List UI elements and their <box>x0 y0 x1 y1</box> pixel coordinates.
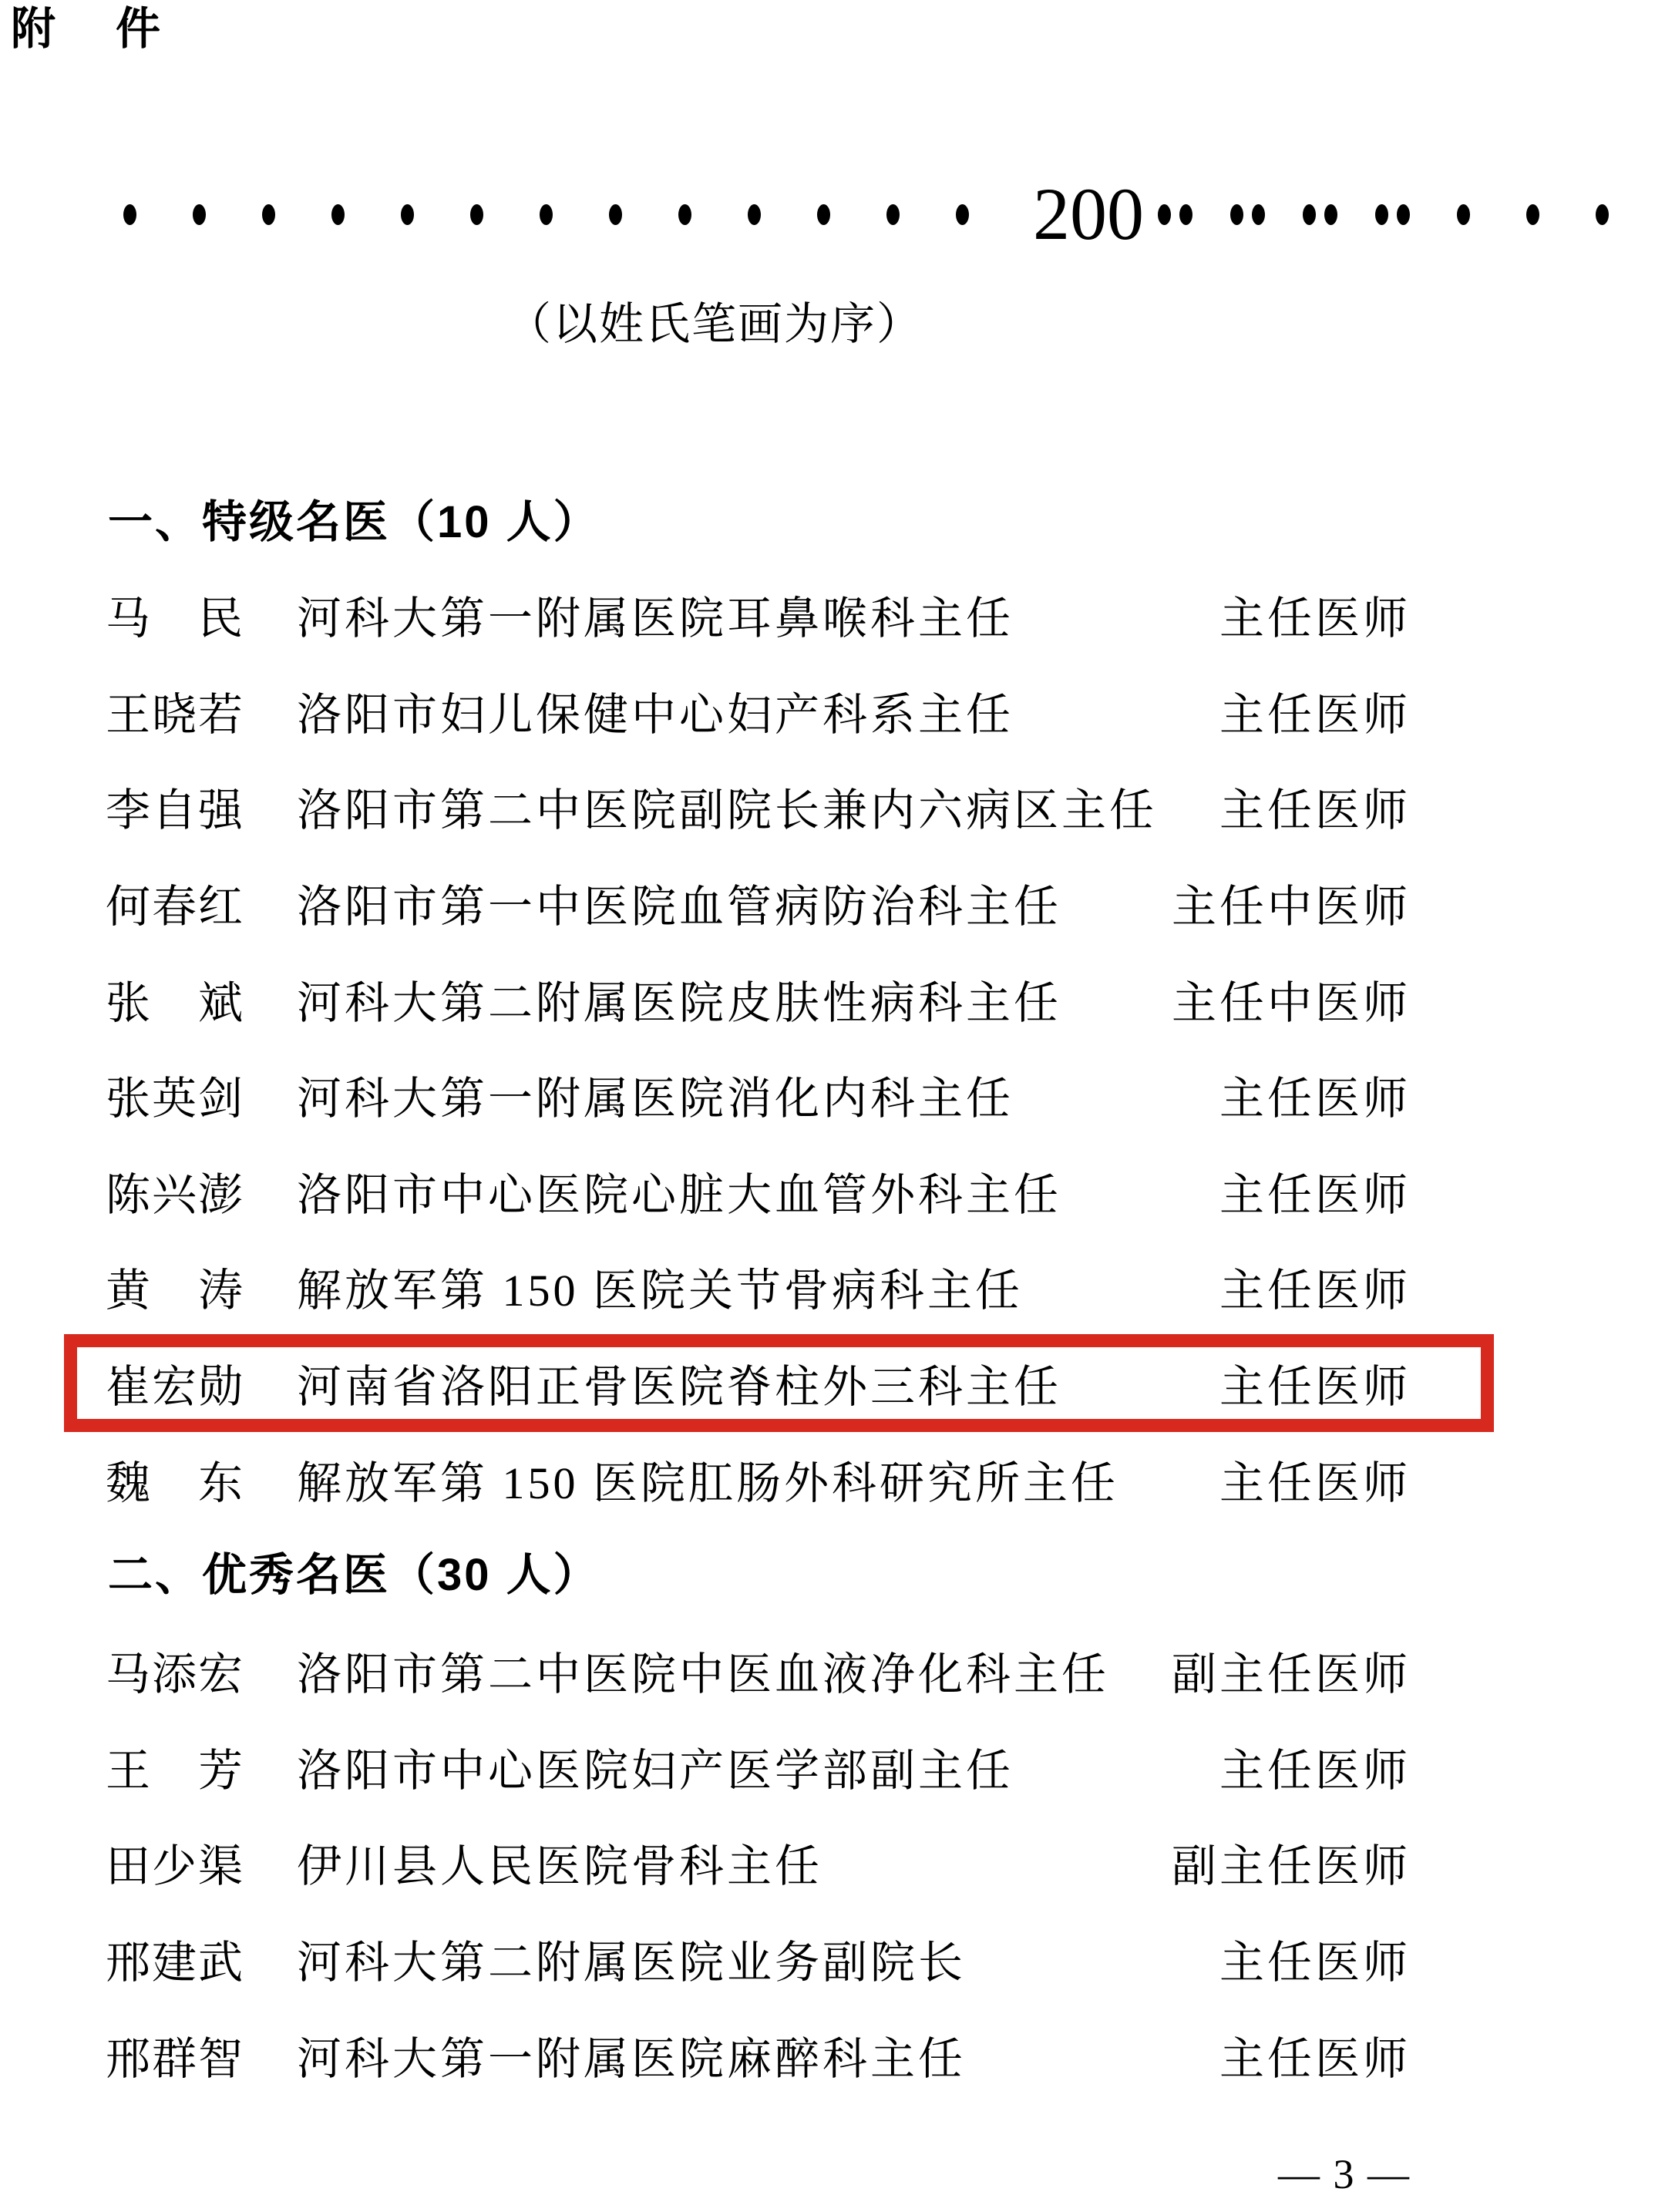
dot <box>886 204 900 225</box>
dot <box>1230 204 1243 225</box>
doctor-professional-title: 主任医师 <box>1219 2022 1411 2087</box>
dot <box>748 204 761 225</box>
doctor-name-char: 智 <box>198 2022 243 2087</box>
doctor-name-char: 张 <box>106 1062 150 1127</box>
section-1-heading: 一、特级名医（10 人） <box>108 499 600 546</box>
doctor-name-char: 黄 <box>106 1254 150 1319</box>
doctor-name-char: 建 <box>152 1926 197 1991</box>
doctor-row: 邢群智河科大第一附属医院麻醉科主任主任医师 <box>0 2006 1655 2103</box>
doctor-row: 马民河科大第一附属医院耳鼻喉科主任主任医师 <box>0 566 1655 663</box>
doctor-row: 王晓若洛阳市妇儿保健中心妇产科系主任主任医师 <box>0 663 1655 759</box>
doctor-name-char: 崔 <box>106 1350 150 1415</box>
dot <box>817 204 830 225</box>
subtitle-sort-order: （以姓氏笔画为序） <box>506 301 923 348</box>
doctor-name-char: 李 <box>106 774 150 839</box>
dot <box>1375 204 1388 225</box>
doctor-row: 魏东解放军第 150 医院肛肠外科研究所主任主任医师 <box>0 1430 1655 1527</box>
attachment-label: 附件 <box>11 5 160 54</box>
doctor-row: 邢建武河科大第二附属医院业务副院长主任医师 <box>0 1911 1655 2007</box>
doctor-professional-title: 主任医师 <box>1219 1158 1411 1223</box>
doctor-name-char: 春 <box>152 870 197 935</box>
doctor-name-char: 兴 <box>152 1158 197 1223</box>
doctor-professional-title: 主任医师 <box>1219 1926 1411 1991</box>
document-page: 附件 200 （以姓氏笔画为序） 一、特级名医（10 人） 马民河科大第一附属医… <box>0 0 1655 2212</box>
doctor-name-char: 若 <box>198 678 243 743</box>
dot <box>678 204 691 225</box>
doctor-name-char: 群 <box>152 2022 197 2087</box>
title-year-fragment: 200 <box>1033 191 1144 237</box>
doctor-name-char: 自 <box>152 774 197 839</box>
doctor-name: 马民 <box>106 582 243 647</box>
page-number: — 3 — <box>1278 2152 1411 2197</box>
doctor-name: 张斌 <box>106 966 243 1031</box>
doctor-position: 洛阳市第二中医院副院长兼内六病区主任 <box>297 774 1157 839</box>
doctor-name-char: 宏 <box>198 1638 243 1703</box>
doctor-name-char: 何 <box>106 870 150 935</box>
doctor-position: 洛阳市中心医院心脏大血管外科主任 <box>297 1158 1061 1223</box>
dot <box>1457 204 1470 225</box>
doctor-name: 邢群智 <box>106 2022 243 2087</box>
dot <box>1596 204 1609 225</box>
doctor-name-char: 渠 <box>198 1830 243 1894</box>
dot <box>470 204 483 225</box>
doctor-name-char: 马 <box>106 1638 150 1703</box>
redacted-title-row: 200 <box>123 191 1609 237</box>
dot <box>540 204 553 225</box>
dot <box>1303 204 1316 225</box>
doctor-position: 河南省洛阳正骨医院脊柱外三科主任 <box>297 1350 1061 1415</box>
doctor-professional-title: 主任医师 <box>1219 1734 1411 1799</box>
doctor-professional-title: 副主任医师 <box>1172 1638 1411 1703</box>
doctor-name: 陈兴澎 <box>106 1158 243 1223</box>
dot <box>193 204 206 225</box>
doctor-position: 解放军第 150 医院关节骨病科主任 <box>297 1254 1023 1319</box>
dot-pair <box>1158 204 1192 225</box>
doctor-professional-title: 主任中医师 <box>1172 966 1411 1031</box>
doctor-name-char: 强 <box>198 774 243 839</box>
doctor-professional-title: 主任医师 <box>1219 582 1411 647</box>
doctor-name-char: 涛 <box>198 1254 243 1319</box>
dot <box>123 204 136 225</box>
doctor-name: 何春红 <box>106 870 243 935</box>
doctor-position: 河科大第一附属医院麻醉科主任 <box>297 2022 966 2087</box>
doctor-row: 陈兴澎洛阳市中心医院心脏大血管外科主任主任医师 <box>0 1143 1655 1239</box>
doctor-professional-title: 主任医师 <box>1219 1062 1411 1127</box>
dot <box>956 204 969 225</box>
doctor-name-char: 红 <box>198 870 243 935</box>
dot <box>401 204 414 225</box>
dot <box>609 204 622 225</box>
dot-pair <box>1303 204 1337 225</box>
label-char: 件 <box>116 5 160 54</box>
dot <box>1324 204 1337 225</box>
doctor-name-char: 添 <box>152 1638 197 1703</box>
doctor-professional-title: 主任中医师 <box>1172 870 1411 935</box>
dot <box>1526 204 1539 225</box>
doctor-name-char: 英 <box>152 1062 197 1127</box>
doctor-position: 河科大第一附属医院耳鼻喉科主任 <box>297 582 1014 647</box>
doctor-name-char: 剑 <box>198 1062 243 1127</box>
doctor-name: 黄涛 <box>106 1254 243 1319</box>
doctor-name-char: 张 <box>106 966 150 1031</box>
dot-pair <box>1375 204 1410 225</box>
doctor-professional-title: 副主任医师 <box>1172 1830 1411 1894</box>
label-char: 附 <box>11 5 56 54</box>
doctor-professional-title: 主任医师 <box>1219 1447 1411 1511</box>
doctor-name: 李自强 <box>106 774 243 839</box>
doctor-professional-title: 主任医师 <box>1219 1350 1411 1415</box>
doctor-row: 田少渠伊川县人民医院骨科主任副主任医师 <box>0 1814 1655 1911</box>
doctor-name: 魏东 <box>106 1447 243 1511</box>
doctor-name-char: 马 <box>106 582 150 647</box>
doctor-position: 伊川县人民医院骨科主任 <box>297 1830 822 1894</box>
doctor-name-char: 陈 <box>106 1158 150 1223</box>
doctor-row: 张英剑河科大第一附属医院消化内科主任主任医师 <box>0 1047 1655 1143</box>
doctor-professional-title: 主任医师 <box>1219 678 1411 743</box>
doctor-position: 河科大第二附属医院皮肤性病科主任 <box>297 966 1061 1031</box>
doctor-name-char: 王 <box>106 1734 150 1799</box>
doctor-position: 解放军第 150 医院肛肠外科研究所主任 <box>297 1447 1118 1511</box>
section-2-list: 马添宏洛阳市第二中医院中医血液净化科主任副主任医师王芳洛阳市中心医院妇产医学部副… <box>0 1622 1655 2103</box>
doctor-name-char: 邢 <box>106 2022 150 2087</box>
doctor-position: 洛阳市第一中医院血管病防治科主任 <box>297 870 1061 935</box>
doctor-row: 李自强洛阳市第二中医院副院长兼内六病区主任主任医师 <box>0 758 1655 855</box>
doctor-name-char: 芳 <box>198 1734 243 1799</box>
doctor-name: 马添宏 <box>106 1638 243 1703</box>
doctor-name-char: 斌 <box>198 966 243 1031</box>
doctor-name-char: 勋 <box>198 1350 243 1415</box>
doctor-row: 王芳洛阳市中心医院妇产医学部副主任主任医师 <box>0 1719 1655 1815</box>
doctor-name: 王晓若 <box>106 678 243 743</box>
doctor-name: 崔宏勋 <box>106 1350 243 1415</box>
doctor-position: 河科大第一附属医院消化内科主任 <box>297 1062 1014 1127</box>
doctor-position: 洛阳市中心医院妇产医学部副主任 <box>297 1734 1014 1799</box>
doctor-position: 洛阳市第二中医院中医血液净化科主任 <box>297 1638 1109 1703</box>
doctor-name: 邢建武 <box>106 1926 243 1991</box>
doctor-row: 黄涛解放军第 150 医院关节骨病科主任主任医师 <box>0 1239 1655 1335</box>
dot <box>1252 204 1265 225</box>
doctor-name-char: 武 <box>198 1926 243 1991</box>
doctor-position: 洛阳市妇儿保健中心妇产科系主任 <box>297 678 1014 743</box>
doctor-name-char: 王 <box>106 678 150 743</box>
dot <box>1397 204 1410 225</box>
doctor-name-char: 少 <box>152 1830 197 1894</box>
doctor-name-char: 晓 <box>152 678 197 743</box>
doctor-name: 王芳 <box>106 1734 243 1799</box>
doctor-name-char: 澎 <box>198 1158 243 1223</box>
doctor-name: 张英剑 <box>106 1062 243 1127</box>
doctor-row: 张斌河科大第二附属医院皮肤性病科主任主任中医师 <box>0 950 1655 1047</box>
doctor-professional-title: 主任医师 <box>1219 1254 1411 1319</box>
doctor-professional-title: 主任医师 <box>1219 774 1411 839</box>
section-1-list: 马民河科大第一附属医院耳鼻喉科主任主任医师王晓若洛阳市妇儿保健中心妇产科系主任主… <box>0 566 1655 1527</box>
doctor-row: 何春红洛阳市第一中医院血管病防治科主任主任中医师 <box>0 855 1655 951</box>
section-2-heading: 二、优秀名医（30 人） <box>108 1552 600 1598</box>
doctor-position: 河科大第二附属医院业务副院长 <box>297 1926 966 1991</box>
doctor-name-char: 邢 <box>106 1926 150 1991</box>
dot <box>1158 204 1171 225</box>
doctor-row: 马添宏洛阳市第二中医院中医血液净化科主任副主任医师 <box>0 1622 1655 1719</box>
doctor-name-char: 东 <box>198 1447 243 1511</box>
doctor-row-highlighted: 崔宏勋河南省洛阳正骨医院脊柱外三科主任主任医师 <box>0 1335 1655 1431</box>
doctor-name: 田少渠 <box>106 1830 243 1894</box>
dot <box>1179 204 1192 225</box>
doctor-name-char: 宏 <box>152 1350 197 1415</box>
doctor-name-char: 民 <box>198 582 243 647</box>
dot <box>262 204 275 225</box>
dot-pair <box>1230 204 1265 225</box>
doctor-name-char: 田 <box>106 1830 150 1894</box>
doctor-name-char: 魏 <box>106 1447 150 1511</box>
dot <box>331 204 345 225</box>
